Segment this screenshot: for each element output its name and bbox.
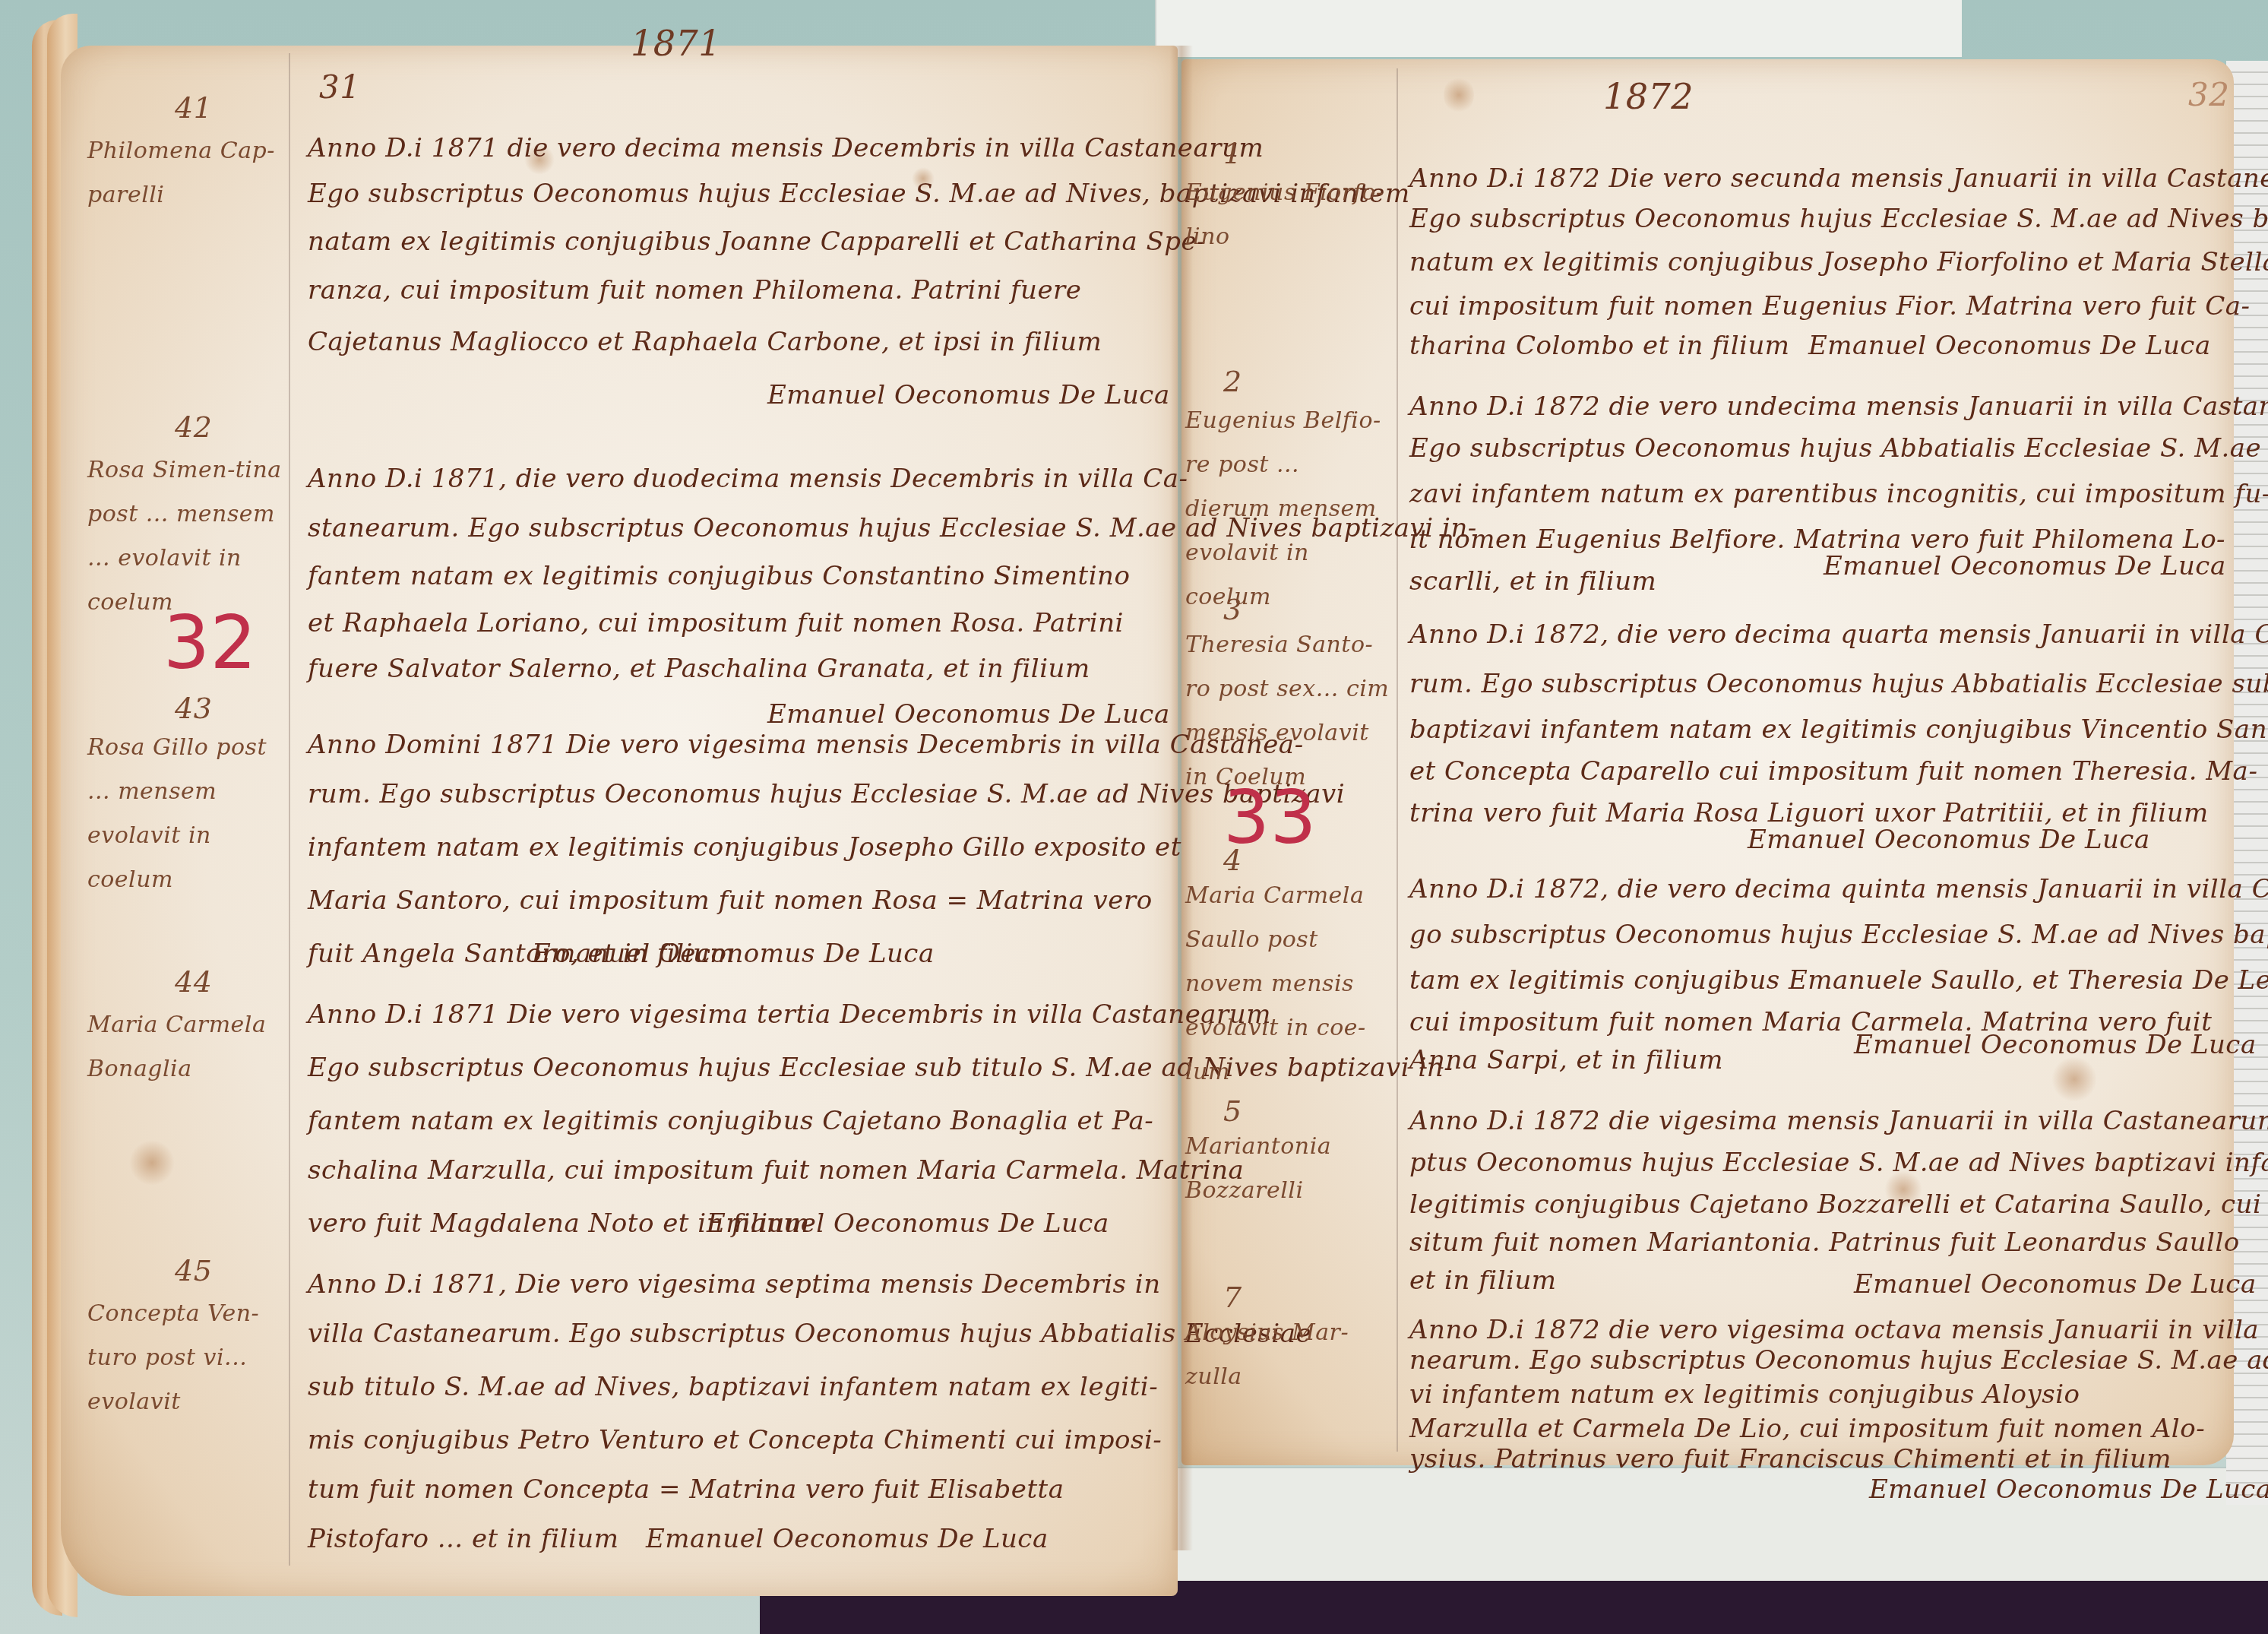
entry-margin-name: Theresia Santo-ro post sex... cim mensis…: [1185, 623, 1390, 800]
margin-rule-left: [289, 53, 290, 1566]
entry-line: Anno D.i 1871 die vero decima mensis Dec…: [308, 133, 1264, 163]
entry-line: ysius. Patrinus vero fuit Franciscus Chi…: [1409, 1444, 2172, 1474]
entry-number: 42: [175, 410, 212, 444]
entry-line: fantem natam ex legitimis conjugibus Con…: [308, 561, 1131, 591]
entry-number: 4: [1223, 844, 1242, 877]
entry-number: 7: [1223, 1281, 1242, 1314]
entry-margin-name: Rosa Gillo post ... mensem evolavit in c…: [87, 726, 285, 902]
entry-signature: Emanuel Oeconomus De Luca: [1808, 331, 2211, 361]
folio-number: 32: [2188, 76, 2229, 113]
entry-margin-name: Aloysius Mar-zulla: [1185, 1311, 1390, 1399]
entry-line: Anna Sarpi, et in filium: [1409, 1045, 1723, 1075]
entry-line: natum ex legitimis conjugibus Josepho Fi…: [1409, 247, 2268, 277]
entry-line: et Raphaela Loriano, cui impositum fuit …: [308, 608, 1124, 638]
entry-signature: Emanuel Oeconomus De Luca: [1854, 1269, 2257, 1300]
entry-line: mis conjugibus Petro Venturo et Concepta…: [308, 1425, 1162, 1455]
entry-line: Marzulla et Carmela De Lio, cui impositu…: [1409, 1414, 2205, 1444]
entry-signature: Emanuel Oeconomus De Luca: [767, 699, 1170, 730]
entry-margin-name: Concepta Ven-turo post vi... evolavit: [87, 1292, 285, 1424]
entry-line: Anno D.i 1872 die vigesima mensis Januar…: [1409, 1106, 2268, 1136]
entry-line: infantem natam ex legitimis conjugibus J…: [308, 832, 1181, 863]
entry-line: Anno D.i 1871, die vero duodecima mensis…: [308, 464, 1188, 494]
entry-line: Anno D.i 1872 Die vero secunda mensis Ja…: [1409, 163, 2268, 194]
entry-line: Pistofaro ... et in filium: [308, 1524, 618, 1554]
entry-number: 1: [1223, 137, 1242, 170]
entry-number: 41: [175, 91, 212, 125]
entry-line: et Concepta Caparello cui impositum fuit…: [1409, 756, 2257, 787]
entry-line: natam ex legitimis conjugibus Joanne Cap…: [308, 226, 1206, 257]
entry-line: Cajetanus Magliocco et Raphaela Carbone,…: [308, 327, 1102, 357]
entry-line: situm fuit nomen Mariantonia. Patrinus f…: [1409, 1227, 2240, 1258]
entry-number: 2: [1223, 365, 1242, 398]
entry-line: Ego subscriptus Oeconomus hujus Abbatial…: [1409, 433, 2268, 464]
entry-margin-name: Maria Carmela Bonaglia: [87, 1003, 285, 1091]
entry-line: tum fuit nomen Concepta = Matrina vero f…: [308, 1474, 1064, 1505]
year-heading: 1872: [1603, 76, 1694, 117]
entry-line: Anno D.i 1871 Die vero vigesima tertia D…: [308, 999, 1271, 1030]
entry-margin-name: Mariantonia Bozzarelli: [1185, 1125, 1390, 1213]
entry-number: 43: [175, 692, 212, 725]
entry-line: Anno D.i 1872 die vero undecima mensis J…: [1409, 391, 2268, 422]
entry-signature: Emanuel Oeconomus De Luca: [767, 380, 1170, 410]
year-heading: 1871: [631, 23, 721, 64]
entry-number: 44: [175, 965, 212, 999]
margin-rule-right: [1397, 68, 1398, 1452]
entry-signature: Emanuel Oeconomus De Luca: [532, 939, 935, 969]
foxing-stain: [129, 1140, 175, 1186]
entry-line: baptizavi infantem natam ex legitimis co…: [1409, 714, 2268, 745]
entry-signature: Emanuel Oeconomus De Luca: [1824, 551, 2226, 581]
entry-signature: Emanuel Oeconomus De Luca: [707, 1208, 1109, 1239]
entry-margin-name: Philomena Cap-parelli: [87, 129, 285, 217]
entry-line: vi infantem natum ex legitimis conjugibu…: [1409, 1379, 2080, 1410]
entry-signature: Emanuel Oeconomus De Luca: [646, 1524, 1049, 1554]
entry-line: tharina Colombo et in filium: [1409, 331, 1790, 361]
entry-signature: Emanuel Oeconomus De Luca: [1869, 1474, 2268, 1505]
entry-line: et in filium: [1409, 1265, 1557, 1296]
entry-line: Ego subscriptus Oeconomus hujus Ecclesia…: [1409, 204, 2268, 234]
entry-line: trina vero fuit Maria Rosa Liguori uxor …: [1409, 798, 2209, 828]
entry-line: fuere Salvator Salerno, et Paschalina Gr…: [308, 654, 1090, 684]
entry-line: Anno D.i 1872, die vero decima quarta me…: [1409, 619, 2268, 650]
entry-line: Anno Domini 1871 Die vero vigesima mensi…: [308, 730, 1304, 760]
entry-line: rum. Ego subscriptus Oeconomus hujus Abb…: [1409, 669, 2268, 699]
entry-number: 5: [1223, 1094, 1242, 1128]
entry-line: zavi infantem natum ex parentibus incogn…: [1409, 479, 2268, 509]
foxing-stain: [1444, 76, 1474, 114]
entry-signature: Emanuel Oeconomus De Luca: [1748, 825, 2150, 855]
loose-paper-top: [1155, 0, 1962, 57]
entry-line: it nomen Eugenius Belfiore. Matrina vero…: [1409, 524, 2225, 555]
entry-line: Anno D.i 1872 die vero vigesima octava m…: [1409, 1315, 2268, 1345]
entry-line: ranza, cui impositum fuit nomen Philomen…: [308, 275, 1081, 306]
entry-margin-name: Rosa Simen-tina post ... mensem ... evol…: [87, 448, 285, 625]
entry-line: cui impositum fuit nomen Eugenius Fior. …: [1409, 291, 2251, 321]
foxing-stain: [2051, 1056, 2097, 1102]
entry-line: go subscriptus Oeconomus hujus Ecclesiae…: [1409, 920, 2268, 950]
entry-line: Maria Santoro, cui impositum fuit nomen …: [308, 885, 1153, 916]
entry-margin-name: Eugenius Fiorfo-lino: [1185, 171, 1390, 259]
entry-line: ptus Oeconomus hujus Ecclesiae S. M.ae a…: [1409, 1148, 2268, 1178]
entry-line: nearum. Ego subscriptus Oeconomus hujus …: [1409, 1345, 2268, 1376]
entry-line: legitimis conjugibus Cajetano Bozzarelli…: [1409, 1189, 2268, 1220]
entry-margin-name: Eugenius Belfio-re post ... dierum mense…: [1185, 399, 1390, 619]
entry-line: scarlli, et in filium: [1409, 566, 1656, 597]
entry-line: Anno D.i 1872, die vero decima quinta me…: [1409, 874, 2268, 904]
entry-number: 45: [175, 1254, 212, 1287]
entry-line: tam ex legitimis conjugibus Emanuele Sau…: [1409, 965, 2268, 996]
entry-line: schalina Marzulla, cui impositum fuit no…: [308, 1155, 1244, 1186]
entry-signature: Emanuel Oeconomus De Luca: [1854, 1030, 2257, 1060]
entry-line: villa Castanearum. Ego subscriptus Oecon…: [308, 1319, 1311, 1349]
folio-number: 31: [319, 68, 360, 106]
entry-margin-name: Maria Carmela Saullo post novem mensis e…: [1185, 874, 1390, 1094]
entry-line: Anno D.i 1871, Die vero vigesima septima…: [308, 1269, 1161, 1300]
entry-number: 3: [1223, 593, 1242, 626]
entry-line: fantem natam ex legitimis conjugibus Caj…: [308, 1106, 1153, 1136]
entry-line: sub titulo S. M.ae ad Nives, baptizavi i…: [308, 1372, 1158, 1402]
